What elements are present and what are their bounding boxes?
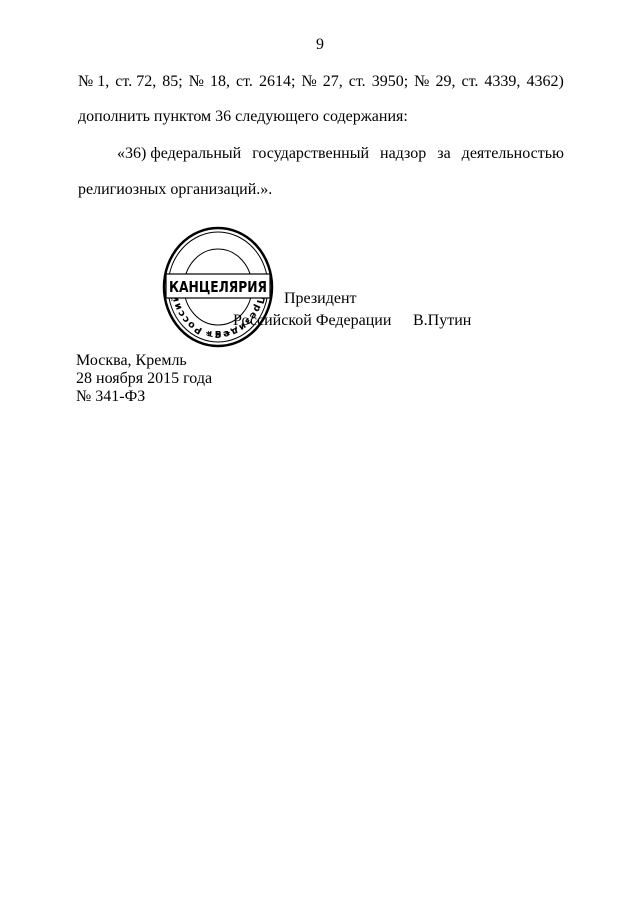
word: за xyxy=(437,145,450,163)
signature-title-line1: Президент xyxy=(284,290,357,308)
law-number: № 341-ФЗ xyxy=(76,388,145,406)
word: 27, xyxy=(323,73,343,91)
signing-date: 28 ноября 2015 года xyxy=(76,370,212,388)
word: 85; xyxy=(162,73,182,91)
page-number: 9 xyxy=(0,36,640,54)
word: 4362) xyxy=(526,73,563,91)
word: 3950; xyxy=(372,73,408,91)
word: надзор xyxy=(380,145,426,163)
word: 2614; xyxy=(259,73,295,91)
word: деятельностью xyxy=(462,145,564,163)
word: 29, xyxy=(435,73,455,91)
word: № 1, xyxy=(78,73,109,91)
word: ст. xyxy=(236,73,253,91)
word: 18, xyxy=(210,73,230,91)
signature-name: В.Путин xyxy=(413,312,471,330)
word: № xyxy=(414,73,429,91)
word: ст. 72, xyxy=(115,73,156,91)
word: ст. xyxy=(349,73,366,91)
stamp-center-text: КАНЦЕЛЯРИЯ xyxy=(169,278,267,296)
word: «36) федеральный xyxy=(117,145,241,163)
paragraph-new-item: «36) федеральныйгосударственныйнадзорзад… xyxy=(117,145,564,163)
signing-place: Москва, Кремль xyxy=(76,352,187,370)
stamp-seal-icon: Президент Российской Федерации КАНЦЕЛЯРИ… xyxy=(162,226,274,348)
word: 4339, xyxy=(484,73,520,91)
paragraph-citations: № 1,ст. 72,85;№18,ст.2614;№27,ст.3950;№2… xyxy=(78,73,564,91)
paragraph-amendment-intro: дополнить пунктом 36 следующего содержан… xyxy=(78,108,408,126)
word: № xyxy=(189,73,204,91)
official-stamp: Президент Российской Федерации КАНЦЕЛЯРИ… xyxy=(162,226,274,348)
stamp-bottom-text: * 5 * xyxy=(206,330,231,341)
paragraph-new-item-end: религиозных организаций.». xyxy=(78,181,272,199)
word: ст. xyxy=(462,73,479,91)
word: государственный xyxy=(252,145,369,163)
word: № xyxy=(301,73,316,91)
document-page: 9 № 1,ст. 72,85;№18,ст.2614;№27,ст.3950;… xyxy=(0,0,640,905)
